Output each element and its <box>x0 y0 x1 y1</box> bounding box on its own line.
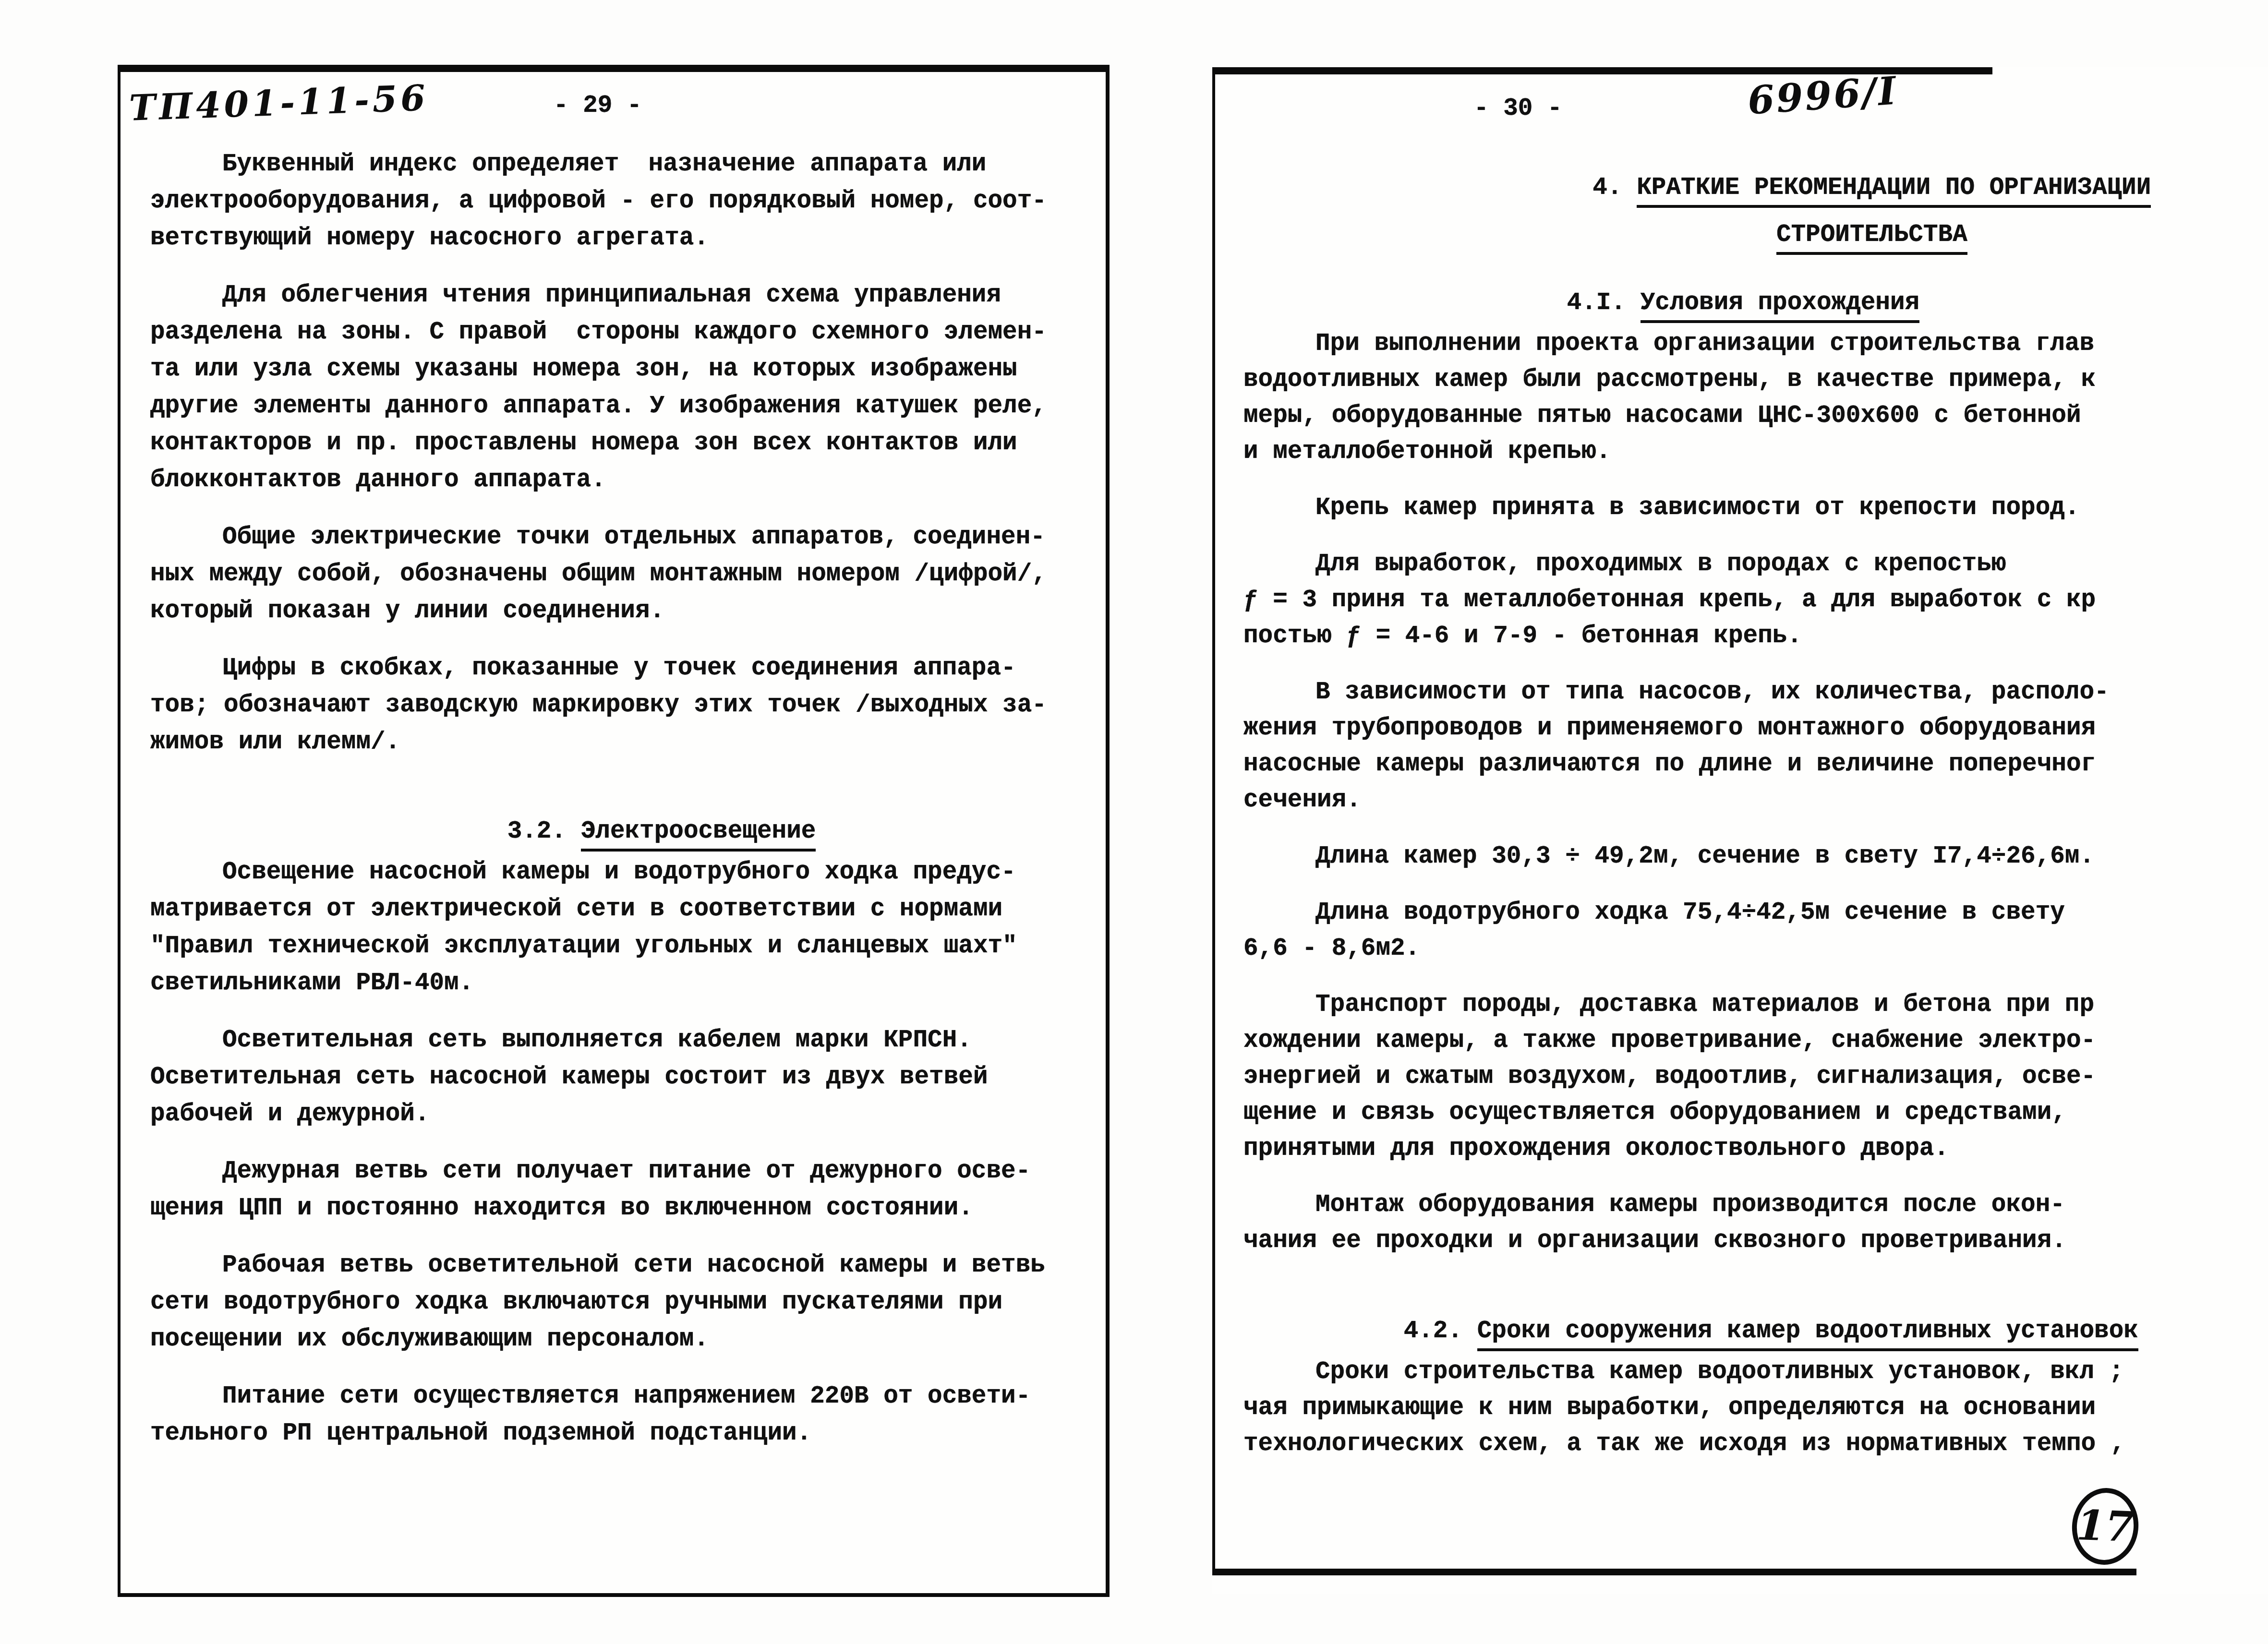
text-line: блокконтактов данного аппарата. <box>150 467 1083 504</box>
text-line: Рабочая ветвь осветительной сети насосно… <box>150 1252 1083 1289</box>
text-line: "Правил технической эксплуатации угольны… <box>150 933 1083 970</box>
text-line: насосные камеры различаются по длине и в… <box>1243 751 2249 787</box>
text-line: чая примыкающие к ним выработки, определ… <box>1243 1394 2249 1430</box>
text-line: Общие электрические точки отдельных аппа… <box>150 524 1083 561</box>
text-line: щение и связь осуществляется оборудовани… <box>1243 1099 2249 1135</box>
section-heading-4-1: 4.I. Условия прохождения <box>1243 262 2249 310</box>
paragraph-duty-branch: Дежурная ветвь сети получает питание от … <box>150 1158 1083 1232</box>
text-line: другие элементы данного аппарата. У изоб… <box>150 393 1083 430</box>
sheet-number: 17 <box>2076 1505 2135 1548</box>
paragraph-scheme-zones: Для облегчения чтения принципиальная схе… <box>150 282 1083 504</box>
section-heading-3-2: 3.2. Электроосвещение <box>150 791 1083 839</box>
text-line: Сроки строительства камер водоотливных у… <box>1243 1358 2249 1394</box>
paragraph-equipment-installation: Монтаж оборудования камеры производится … <box>1243 1191 2249 1263</box>
text-line: Крепь камер принята в зависимости от кре… <box>1243 494 2249 530</box>
text-line: водоотливных камер были рассмотрены, в к… <box>1243 366 2249 402</box>
paragraph-working-branch: Рабочая ветвь осветительной сети насосно… <box>150 1252 1083 1363</box>
paragraph-common-points: Общие электрические точки отдельных аппа… <box>150 524 1083 635</box>
paragraph-project-example: При выполнении проекта организации строи… <box>1243 330 2249 474</box>
heading-title: Сроки сооружения камер водоотливных уста… <box>1477 1318 2138 1351</box>
text-line: Длина камер 30,3 ÷ 49,2м, сечение в свет… <box>1243 843 2249 879</box>
paragraph-bracket-digits: Цифры в скобках, показанные у точек соед… <box>150 655 1083 766</box>
heading-number: 4.2. <box>1404 1318 1477 1345</box>
paragraph-lighting-norms: Освещение насосной камеры и водотрубного… <box>150 859 1083 1007</box>
paragraph-construction-terms: Сроки строительства камер водоотливных у… <box>1243 1358 2249 1466</box>
text-line: энергией и сжатым воздухом, водоотлив, с… <box>1243 1063 2249 1099</box>
text-line: щения ЦПП и постоянно находится во включ… <box>150 1195 1083 1232</box>
page-left-border <box>1212 67 1215 1574</box>
text-line: Монтаж оборудования камеры производится … <box>1243 1191 2249 1227</box>
text-line: тельного РП центральной подземной подста… <box>150 1420 1083 1457</box>
text-line: ных между собой, обозначены общим монтаж… <box>150 561 1083 598</box>
paragraph-transport-services: Транспорт породы, доставка материалов и … <box>1243 991 2249 1171</box>
text-line: тов; обозначают заводскую маркировку эти… <box>150 692 1083 729</box>
heading-title: Условия прохождения <box>1641 289 1920 323</box>
text-line: посещении их обслуживающим персоналом. <box>150 1326 1083 1363</box>
text-line: хождении камеры, а также проветривание, … <box>1243 1027 2249 1063</box>
text-line: принятыми для прохождения околоствольног… <box>1243 1135 2249 1171</box>
text-line: Освещение насосной камеры и водотрубного… <box>150 859 1083 896</box>
text-line: сечения. <box>1243 787 2249 823</box>
paragraph-hardness-values: Для выработок, проходимых в породах с кр… <box>1243 551 2249 659</box>
text-line: чания ее проходки и организации сквозног… <box>1243 1227 2249 1263</box>
text-line: светильниками РВЛ-40м. <box>150 970 1083 1007</box>
text-line: рабочей и дежурной. <box>150 1101 1083 1138</box>
chapter-number: 4. <box>1592 174 1637 202</box>
text-line: 6,6 - 8,6м2. <box>1243 935 2249 971</box>
heading-number: 3.2. <box>507 818 581 845</box>
text-line: ветствующий номеру насосного агрегата. <box>150 225 1083 262</box>
page-number-30: - 30 - <box>1243 95 2249 133</box>
chapter-title-line-1: 4. КРАТКИЕ РЕКОМЕНДАЦИИ ПО ОРГАНИЗАЦИИ <box>1243 147 2249 194</box>
page-bottom-border <box>1212 1569 2136 1575</box>
text-line: технологических схем, а так же исходя из… <box>1243 1430 2249 1466</box>
text-line: Буквенный индекс определяет назначение а… <box>150 151 1083 188</box>
text-line: электрооборудования, а цифровой - его по… <box>150 188 1083 225</box>
text-line: жимов или клемм/. <box>150 729 1083 766</box>
text-line: Цифры в скобках, показанные у точек соед… <box>150 655 1083 692</box>
text-line: При выполнении проекта организации строи… <box>1243 330 2249 366</box>
text-line: и металлобетонной крепью. <box>1243 438 2249 474</box>
text-line: контакторов и пр. проставлены номера зон… <box>150 430 1083 467</box>
text-line: меры, оборудованные пятью насосами ЦНС-3… <box>1243 402 2249 438</box>
text-line: та или узла схемы указаны номера зон, на… <box>150 356 1083 393</box>
text-line: Осветительная сеть насосной камеры состо… <box>150 1064 1083 1101</box>
paragraph-letter-index: Буквенный индекс определяет назначение а… <box>150 151 1083 262</box>
text-line: В зависимости от типа насосов, их количе… <box>1243 679 2249 715</box>
text-line: Осветительная сеть выполняется кабелем м… <box>150 1027 1083 1064</box>
paragraph-support-hardness: Крепь камер принята в зависимости от кре… <box>1243 494 2249 530</box>
paragraph-walkway-length: Длина водотрубного ходка 75,4÷42,5м сече… <box>1243 899 2249 971</box>
paragraph-chamber-length: Длина камер 30,3 ÷ 49,2м, сечение в свет… <box>1243 843 2249 879</box>
text-line: ƒ = 3 приня та металлобетонная крепь, а … <box>1243 587 2249 623</box>
text-line: сети водотрубного ходка включаются ручны… <box>150 1289 1083 1326</box>
page-29: ТП401-11-56 - 29 - Буквенный индекс опре… <box>118 65 1110 1597</box>
paragraph-power-220v: Питание сети осуществляется напряжением … <box>150 1383 1083 1457</box>
chapter-title-text-2: СТРОИТЕЛЬСТВА <box>1776 221 1967 255</box>
text-line: Для облегчения чтения принципиальная схе… <box>150 282 1083 319</box>
text-line: Для выработок, проходимых в породах с кр… <box>1243 551 2249 587</box>
text-line: постью ƒ = 4-6 и 7-9 - бетонная крепь. <box>1243 623 2249 659</box>
text-line: жения трубопроводов и применяемого монта… <box>1243 715 2249 751</box>
text-line: Транспорт породы, доставка материалов и … <box>1243 991 2249 1027</box>
chapter-title-text: КРАТКИЕ РЕКОМЕНДАЦИИ ПО ОРГАНИЗАЦИИ <box>1637 174 2151 208</box>
text-line: который показан у линии соединения. <box>150 598 1083 635</box>
heading-title: Электроосвещение <box>581 818 816 852</box>
page-30: 6996/I - 30 - 4. КРАТКИЕ РЕКОМЕНДАЦИИ ПО… <box>1212 67 2268 1594</box>
section-heading-4-2: 4.2. Сроки сооружения камер водоотливных… <box>1243 1290 2249 1338</box>
paragraph-lighting-cable: Осветительная сеть выполняется кабелем м… <box>150 1027 1083 1138</box>
text-line: Питание сети осуществляется напряжением … <box>150 1383 1083 1420</box>
text-line: Дежурная ветвь сети получает питание от … <box>150 1158 1083 1195</box>
scanned-document: ТП401-11-56 - 29 - Буквенный индекс опре… <box>0 0 2268 1644</box>
paragraph-chamber-dimensions-depend: В зависимости от типа насосов, их количе… <box>1243 679 2249 823</box>
text-line: матривается от электрической сети в соот… <box>150 896 1083 933</box>
heading-number: 4.I. <box>1567 289 1641 317</box>
text-line: разделена на зоны. С правой стороны кажд… <box>150 319 1083 356</box>
text-line: Длина водотрубного ходка 75,4÷42,5м сече… <box>1243 899 2249 935</box>
